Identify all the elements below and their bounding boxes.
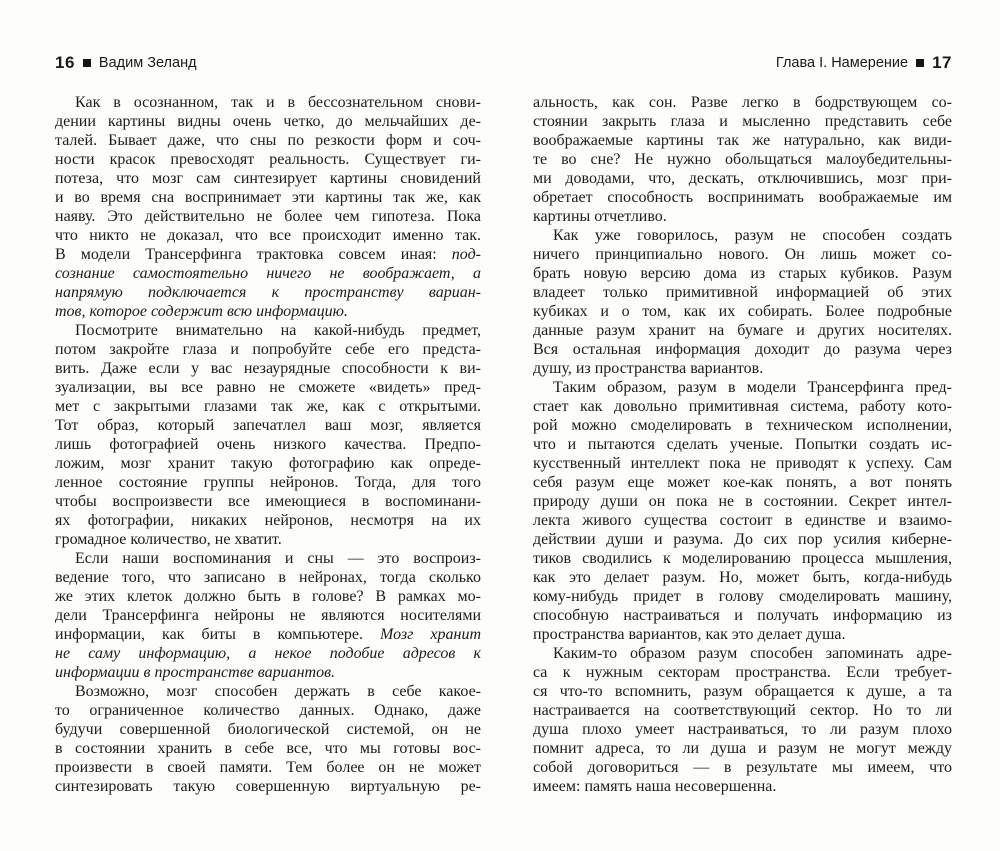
text-line: зуализации, вы все равно не сможете «вид…: [55, 378, 481, 397]
text-line: кубиках и о том, как их собирать. Более …: [533, 302, 952, 321]
text-line: настраивается на соответствующий сектор.…: [533, 701, 952, 720]
text-line: громадное количество, не хватит.: [55, 530, 481, 549]
text-line: Как в осознанном, так и в бессознательно…: [55, 93, 481, 112]
text-line: Посмотрите внимательно на какой-нибудь п…: [55, 321, 481, 340]
right-running-title: Глава I. Намерение: [776, 55, 908, 71]
left-page-header: 16 Вадим Зеланд: [55, 52, 481, 74]
text-line: В модели Трансерфинга трактовка совсем и…: [55, 245, 481, 264]
text-line: ведение того, что записано в нейронах, т…: [55, 568, 481, 587]
text-line: действии души и разума. До сих пор усили…: [533, 530, 952, 549]
paragraph: Таким образом, разум в модели Трансерфин…: [533, 378, 952, 644]
text-line: синтезировать такую совершенную виртуаль…: [55, 777, 481, 796]
text-line: талей. Бывает даже, что сны по резкости …: [55, 131, 481, 150]
right-page: Глава I. Намерение 17 альность, как сон.…: [533, 52, 952, 796]
text-line: те во сне? Не нужно обольщаться малоубед…: [533, 150, 952, 169]
text-line: помнит адреса, то ли душа и разум не мог…: [533, 739, 952, 758]
text-line: потом закройте глаза и попробуйте себе е…: [55, 340, 481, 359]
text-line: Как уже говорилось, разум не способен со…: [533, 226, 952, 245]
text-line: Таким образом, разум в модели Трансерфин…: [533, 378, 952, 397]
text-line: что никто не доказал, что все происходит…: [55, 226, 481, 245]
text-line: потеза, что мозг сам синтезирует картины…: [55, 169, 481, 188]
text-line: произвести в своей памяти. Тем более он …: [55, 758, 481, 777]
text-line: воображаемые картины так же натурально, …: [533, 131, 952, 150]
paragraph: Посмотрите внимательно на какой-нибудь п…: [55, 321, 481, 549]
text-line: дели Трансерфинга нейроны не являются но…: [55, 606, 481, 625]
text-line: тиков сводились к моделированию процесса…: [533, 549, 952, 568]
text-line: ми доводами, что, дескать, отключившись,…: [533, 169, 952, 188]
text-line: кусственный интеллект пока не приводят к…: [533, 454, 952, 473]
text-line: ся что-то вспомнить, разум обращается к …: [533, 682, 952, 701]
text-line: брать новую версию дома из старых кубико…: [533, 264, 952, 283]
text-line: стает как довольно примитивная система, …: [533, 397, 952, 416]
text-line: способную настраиваться и получать инфор…: [533, 606, 952, 625]
right-page-number: 17: [932, 53, 952, 73]
text-line: не саму информацию, а некое подобие адре…: [55, 644, 481, 663]
text-line: сознание самостоятельно ничего не вообра…: [55, 264, 481, 283]
paragraph: Возможно, мозг способен держать в себе к…: [55, 682, 481, 796]
text-line: обретает способность воспринимать вообра…: [533, 188, 952, 207]
text-line: как это делает разум. Но, может быть, ко…: [533, 568, 952, 587]
text-line: стоянии закрыть глаза и мысленно предста…: [533, 112, 952, 131]
paragraph: альность, как сон. Разве легко в бодрств…: [533, 93, 952, 226]
text-line: тов, которое содержит всю информацию.: [55, 302, 481, 321]
left-page-text: Как в осознанном, так и в бессознательно…: [55, 93, 481, 796]
text-line: себя разум еще может кое-как понять, а в…: [533, 473, 952, 492]
text-line: ях фотографии, никаких нейронов, несмотр…: [55, 511, 481, 530]
left-running-title: Вадим Зеланд: [99, 55, 197, 71]
text-line: собой договориться — в результате мы име…: [533, 758, 952, 777]
text-line: ничего принципиально нового. Он лишь мож…: [533, 245, 952, 264]
text-line: данные разум хранит на бумаге и других н…: [533, 321, 952, 340]
text-line: то ограниченное количество данных. Однак…: [55, 701, 481, 720]
text-line: информации в пространстве вариантов.: [55, 663, 481, 682]
right-page-header: Глава I. Намерение 17: [533, 52, 952, 74]
text-line: пространства вариантов, как это делает д…: [533, 625, 952, 644]
text-line: напрямую подключается к пространству вар…: [55, 283, 481, 302]
right-page-text: альность, как сон. Разве легко в бодрств…: [533, 93, 952, 796]
text-line: и во время сна воспринимает эти картины …: [55, 188, 481, 207]
text-line: Вся остальная информация доходит до разу…: [533, 340, 952, 359]
paragraph: Как в осознанном, так и в бессознательно…: [55, 93, 481, 321]
text-line: ленное состояние группы нейронов. Тогда,…: [55, 473, 481, 492]
text-line: Если наши воспоминания и сны — это воспр…: [55, 549, 481, 568]
left-page: 16 Вадим Зеланд Как в осознанном, так и …: [55, 52, 481, 796]
text-line: лекта живого существа состоит в единстве…: [533, 511, 952, 530]
text-line: чтобы воспроизвести все имеющиеся в восп…: [55, 492, 481, 511]
text-line: в состоянии хранить в себе все, что мы г…: [55, 739, 481, 758]
text-line: владеет только примитивной информацией о…: [533, 283, 952, 302]
text-line: имеем: память наша несовершенна.: [533, 777, 952, 796]
text-line: альность, как сон. Разве легко в бодрств…: [533, 93, 952, 112]
text-line: будучи совершенной биологической системо…: [55, 720, 481, 739]
text-line: наяву. Это действительно не более чем ги…: [55, 207, 481, 226]
text-line: информации, как биты в компьютере. Мозг …: [55, 625, 481, 644]
text-line: природу души он пока не в состоянии. Сек…: [533, 492, 952, 511]
left-page-number: 16: [55, 53, 75, 73]
text-line: Тот образ, который запечатлел ваш мозг, …: [55, 416, 481, 435]
text-line: лишь фотографией очень низкого качества.…: [55, 435, 481, 454]
text-line: вить. Даже если у вас незаурядные способ…: [55, 359, 481, 378]
text-line: рой можно смоделировать в техническом ис…: [533, 416, 952, 435]
text-line: Возможно, мозг способен держать в себе к…: [55, 682, 481, 701]
text-line: кому-нибудь придет в голову смоделироват…: [533, 587, 952, 606]
paragraph: Каким-то образом разум способен запомина…: [533, 644, 952, 796]
black-square-icon: [83, 59, 91, 67]
text-line: ности красок превосходят реальность. Сущ…: [55, 150, 481, 169]
text-line: са к нужным секторам пространства. Если …: [533, 663, 952, 682]
text-line: что и пытаются сделать ученые. Попытки с…: [533, 435, 952, 454]
text-line: душу, из пространства вариантов.: [533, 359, 952, 378]
black-square-icon: [916, 59, 924, 67]
text-line: ложим, мозг хранит такую фотографию как …: [55, 454, 481, 473]
text-line: душа плохо умеет настраиваться, то ли ра…: [533, 720, 952, 739]
book-spread: 16 Вадим Зеланд Как в осознанном, так и …: [0, 0, 1000, 851]
paragraph: Как уже говорилось, разум не способен со…: [533, 226, 952, 378]
text-line: Каким-то образом разум способен запомина…: [533, 644, 952, 663]
text-line: картины отчетливо.: [533, 207, 952, 226]
text-line: дении картины видны очень четко, до мель…: [55, 112, 481, 131]
text-line: мет с закрытыми глазами так же, как с от…: [55, 397, 481, 416]
text-line: же этих клеток должно быть в голове? В р…: [55, 587, 481, 606]
paragraph: Если наши воспоминания и сны — это воспр…: [55, 549, 481, 682]
